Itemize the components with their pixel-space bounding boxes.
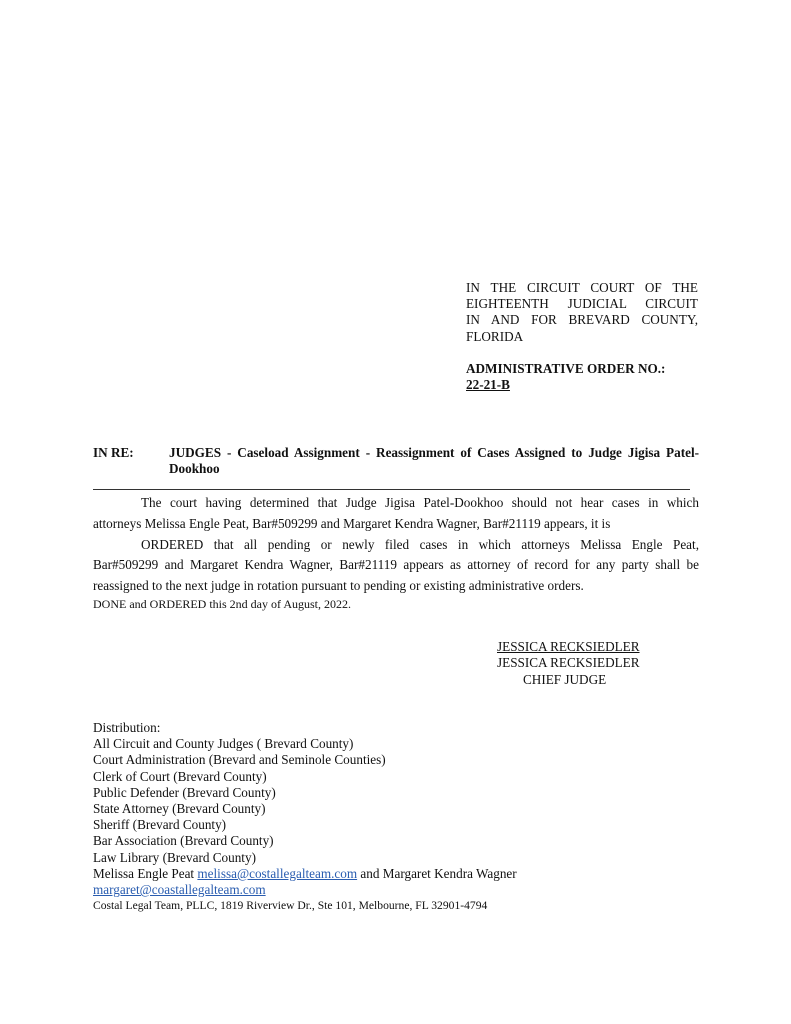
printed-name: JESSICA RECKSIEDLER [497,655,640,671]
body-line: reassigned to the next judge in rotation… [93,576,699,597]
document-page: IN THE CIRCUIT COURT OF THE EIGHTEENTH J… [0,0,791,1024]
distribution-recipient: Clerk of Court (Brevard County) [93,769,517,785]
distribution-recipient: Sheriff (Brevard County) [93,817,517,833]
signature-name: JESSICA RECKSIEDLER [497,639,640,655]
attorney2-email-line: margaret@coastallegalteam.com [93,882,517,898]
findings-paragraph: The court having determined that Judge J… [93,493,699,535]
body-line: The court having determined that Judge J… [93,493,699,514]
ordered-paragraph: ORDERED that all pending or newly filed … [93,535,699,597]
subject-line: Dookhoo [169,461,220,476]
attorney1-name: Melissa Engle Peat [93,866,194,881]
distribution-recipient: All Circuit and County Judges ( Brevard … [93,736,517,752]
attorney2-email-link[interactable]: margaret@coastallegalteam.com [93,882,266,897]
distribution-list: Distribution: All Circuit and County Jud… [93,720,517,914]
attorney-contact-line: Melissa Engle Peat melissa@costallegalte… [93,866,517,882]
in-re-subject: JUDGES - Caseload Assignment - Reassignm… [169,445,699,478]
distribution-recipient: Public Defender (Brevard County) [93,785,517,801]
distribution-recipient: Law Library (Brevard County) [93,850,517,866]
caption-line: IN AND FOR BREVARD COUNTY, [466,312,698,328]
firm-address: Costal Legal Team, PLLC, 1819 Riverview … [93,898,517,914]
body-line: ORDERED that all pending or newly filed … [93,535,699,556]
distribution-recipient: State Attorney (Brevard County) [93,801,517,817]
distribution-heading: Distribution: [93,720,517,736]
order-label: ADMINISTRATIVE ORDER NO.: [466,361,665,377]
caption-line: IN THE CIRCUIT COURT OF THE [466,280,698,296]
distribution-recipient: Court Administration (Brevard and Semino… [93,752,517,768]
subject-line: JUDGES - Caseload Assignment - Reassignm… [169,445,699,461]
administrative-order-number: ADMINISTRATIVE ORDER NO.: 22-21-B [466,361,665,393]
attorney2-name: and Margaret Kendra Wagner [360,866,516,881]
distribution-recipient: Bar Association (Brevard County) [93,833,517,849]
caption-line: EIGHTEENTH JUDICIAL CIRCUIT [466,296,698,312]
order-body: The court having determined that Judge J… [93,493,699,597]
court-caption: IN THE CIRCUIT COURT OF THE EIGHTEENTH J… [466,280,698,345]
done-and-ordered-line: DONE and ORDERED this 2nd day of August,… [93,596,351,612]
in-re-label: IN RE: [93,445,134,461]
order-number: 22-21-B [466,377,510,393]
signature-block: JESSICA RECKSIEDLER JESSICA RECKSIEDLER … [497,639,640,688]
body-line: Bar#509299 and Margaret Kendra Wagner, B… [93,555,699,576]
judge-title: CHIEF JUDGE [497,672,640,688]
body-line: attorneys Melissa Engle Peat, Bar#509299… [93,514,699,535]
divider-rule [93,489,690,490]
caption-line: FLORIDA [466,329,698,345]
attorney1-email-link[interactable]: melissa@costallegalteam.com [197,866,357,881]
